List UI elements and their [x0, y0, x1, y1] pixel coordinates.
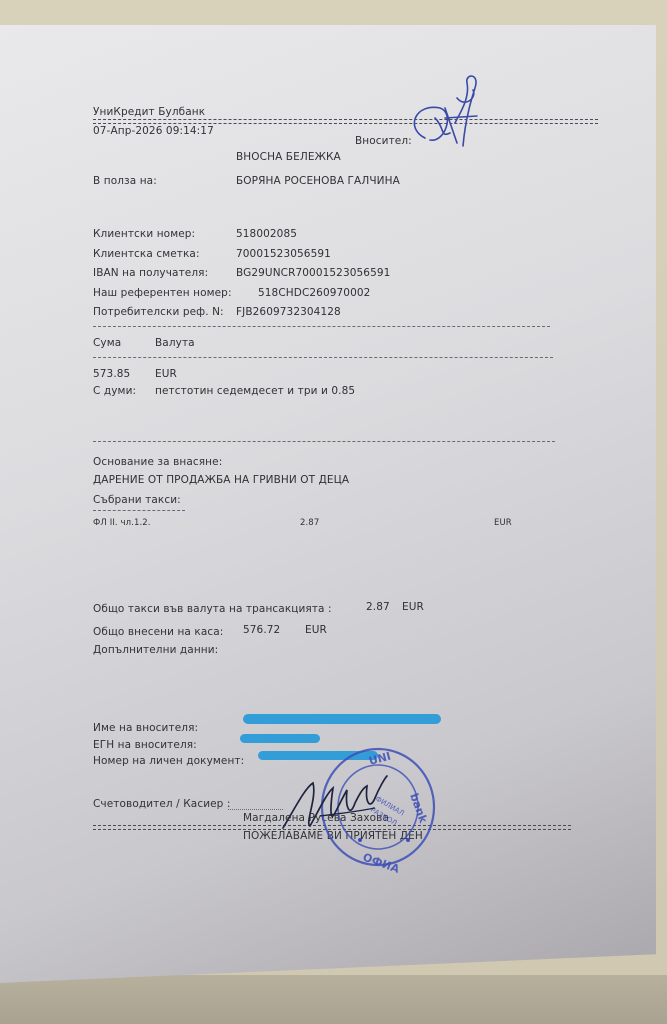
amount-words-value: петстотин седемдесет и три и 0.85 [155, 385, 355, 397]
redacted-depositor-egn [240, 734, 320, 743]
double-rule [93, 119, 598, 124]
depositor-name-label: Име на вносителя: [93, 722, 198, 734]
customer-ref-value: FJB2609732304128 [236, 306, 341, 318]
bank-name: УниКредит Булбанк [93, 106, 205, 118]
fee-code: ФЛ II. чл.1.2. [93, 518, 151, 528]
client-account-label: Клиентска сметка: [93, 248, 200, 260]
fee-amount: 2.87 [300, 518, 319, 528]
total-deposited-label: Общо внесени на каса: [93, 626, 223, 638]
additional-data-label: Допълнителни данни: [93, 644, 218, 656]
amount-currency: EUR [155, 368, 177, 380]
dashed-divider [93, 326, 550, 327]
beneficiary-value: БОРЯНА РОСЕНОВА ГАЛЧИНА [236, 175, 400, 187]
depositor-signature-icon [395, 68, 495, 158]
depositor-egn-label: ЕГН на вносителя: [93, 739, 197, 751]
svg-text:bank: bank [407, 792, 430, 826]
fees-underline [93, 510, 185, 511]
client-number-label: Клиентски номер: [93, 228, 195, 240]
total-fees-label: Общо такси във валута на трансакцията : [93, 603, 332, 615]
customer-ref-label: Потребителски реф. N: [93, 306, 224, 318]
redacted-depositor-name [243, 714, 441, 724]
basis-label: Основание за внасяне: [93, 456, 222, 468]
cashier-label: Счетоводител / Касиер : [93, 798, 231, 810]
total-fees-value: 2.87 [366, 601, 390, 613]
iban-value: BG29UNCR70001523056591 [236, 267, 390, 279]
cashier-signature-icon [275, 768, 405, 838]
amount-words-label: С думи: [93, 385, 136, 397]
client-number-value: 518002085 [236, 228, 297, 240]
client-account-value: 70001523056591 [236, 248, 331, 260]
total-deposited-value: 576.72 [243, 624, 280, 636]
reference-number-value: 518CHDC260970002 [258, 287, 370, 299]
currency-header: Валута [155, 337, 195, 349]
table-surface [0, 975, 667, 1024]
beneficiary-label: В полза на: [93, 175, 157, 187]
reference-number-label: Наш референтен номер: [93, 287, 232, 299]
fee-currency: EUR [494, 518, 512, 528]
total-fees-currency: EUR [402, 601, 424, 613]
document-title: ВНОСНА БЕЛЕЖКА [236, 151, 341, 163]
basis-value: ДАРЕНИЕ ОТ ПРОДАЖБА НА ГРИВНИ ОТ ДЕЦА [93, 474, 349, 486]
depositor-id-label: Номер на личен документ: [93, 755, 244, 767]
fees-label: Събрани такси: [93, 494, 181, 506]
amount-value: 573.85 [93, 368, 130, 380]
dashed-divider [93, 441, 555, 442]
dashed-divider [93, 357, 553, 358]
timestamp: 07-Апр-2026 09:14:17 [93, 125, 214, 137]
total-deposited-currency: EUR [305, 624, 327, 636]
svg-text:UNI: UNI [367, 750, 392, 768]
amount-header: Сума [93, 337, 121, 349]
iban-label: IBAN на получателя: [93, 267, 208, 279]
